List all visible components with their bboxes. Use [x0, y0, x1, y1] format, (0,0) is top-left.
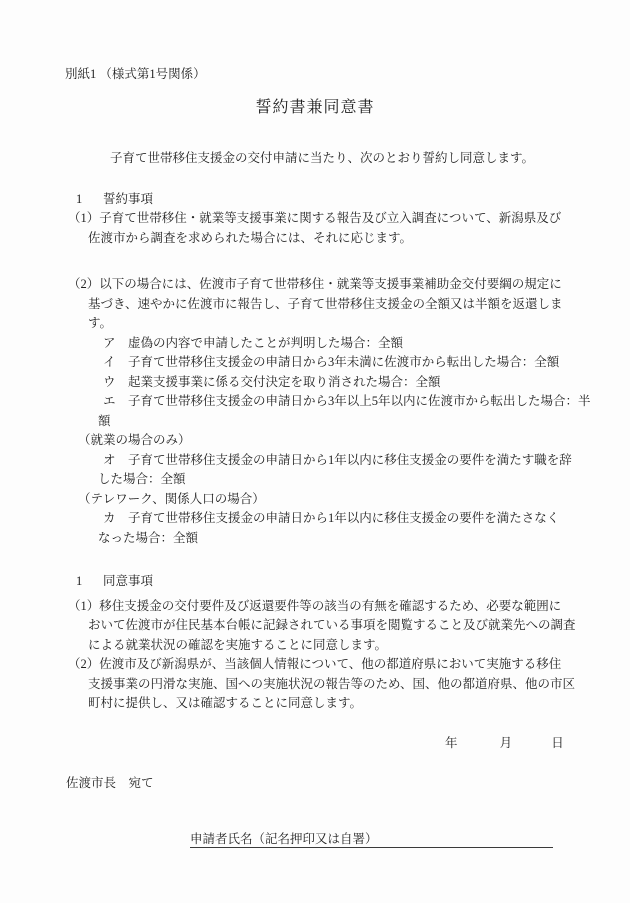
doc-line: ウ 起業支援事業に係る交付決定を取り消された場合：全額 — [0, 373, 630, 393]
doc-line: した場合：全額 — [0, 470, 630, 490]
document-page: 別紙1 （様式第1号関係） 誓約書兼同意書 子育て世帯移住支援金の交付申請に当た… — [0, 0, 630, 903]
doc-line: による就業状況の確認を実施することに同意します。 — [0, 636, 630, 656]
pledge-section: 1誓約事項（1）子育て世帯移住・就業等支援事業に関する報告及び立入調査について、… — [0, 190, 630, 549]
doc-line: （1）子育て世帯移住・就業等支援事業に関する報告及び立入調査について、新潟県及び — [0, 209, 630, 229]
intro-sentence: 子育て世帯移住支援金の交付申請に当たり、次のとおり誓約し同意します。 — [0, 149, 630, 169]
signature-label: 申請者氏名（記名押印又は自署） — [190, 832, 378, 846]
month-label: 月 — [500, 734, 513, 754]
section-title: 同意事項 — [103, 574, 153, 588]
doc-line: （2）以下の場合には、佐渡市子育て世帯移住・就業等支援事業補助金交付要綱の規定に — [0, 275, 630, 295]
doc-line: （2）佐渡市及び新潟県が、当該個人情報について、他の都道府県において実施する移住 — [0, 655, 630, 675]
doc-line: （1）移住支援金の交付要件及び返還要件等の該当の有無を確認するため、必要な範囲に — [0, 597, 630, 617]
signature-line: 申請者氏名（記名押印又は自署） — [190, 832, 553, 848]
day-label: 日 — [551, 734, 564, 754]
doc-line: カ 子育て世帯移住支援金の申請日から1年以内に移住支援金の要件を満たさなく — [0, 509, 630, 529]
section-heading: 1誓約事項 — [0, 190, 630, 210]
doc-line: 佐渡市から調査を求められた場合には、それに応じます。 — [0, 229, 630, 249]
doc-line: おいて佐渡市が住民基本台帳に記録されている事項を閲覧すること及び就業先への調査 — [0, 616, 630, 636]
doc-line: イ 子育て世帯移住支援金の申請日から3年未満に佐渡市から転出した場合：全額 — [0, 353, 630, 373]
consent-section: 1同意事項（1）移住支援金の交付要件及び返還要件等の該当の有無を確認するため、必… — [0, 572, 630, 714]
doc-line: ア 虚偽の内容で申請したことが判明した場合：全額 — [0, 334, 630, 354]
section-heading: 1同意事項 — [0, 572, 630, 592]
doc-line: エ 子育て世帯移住支援金の申請日から3年以上5年以内に佐渡市から転出した場合：半 — [0, 392, 630, 412]
doc-line: 額 — [0, 412, 630, 432]
section-title: 誓約事項 — [103, 192, 153, 206]
section-number: 1 — [76, 190, 103, 210]
document-title: 誓約書兼同意書 — [0, 96, 630, 120]
year-label: 年 — [445, 736, 458, 750]
doc-line: （就業の場合のみ） — [0, 431, 630, 451]
doc-line: オ 子育て世帯移住支援金の申請日から1年以内に移住支援金の要件を満たす職を辞 — [0, 451, 630, 471]
doc-line: なった場合：全額 — [0, 529, 630, 549]
doc-line: （テレワーク、関係人口の場合） — [0, 490, 630, 510]
doc-line: 町村に提供し、又は確認することに同意します。 — [0, 694, 630, 714]
attachment-label: 別紙1 （様式第1号関係） — [0, 65, 630, 84]
section-number: 1 — [76, 572, 103, 592]
doc-line: す。 — [0, 314, 630, 334]
document-body: 1誓約事項（1）子育て世帯移住・就業等支援事業に関する報告及び立入調査について、… — [0, 190, 630, 714]
date-line: 年 月 日 — [0, 734, 630, 754]
doc-line: 支援事業の円滑な実施、国への実施状況の報告等のため、国、他の都道府県、他の市区 — [0, 675, 630, 695]
doc-line: 基づき、速やかに佐渡市に報告し、子育て世帯移住支援金の全額又は半額を返還しま — [0, 295, 630, 315]
addressee: 佐渡市長 宛て — [0, 774, 630, 794]
